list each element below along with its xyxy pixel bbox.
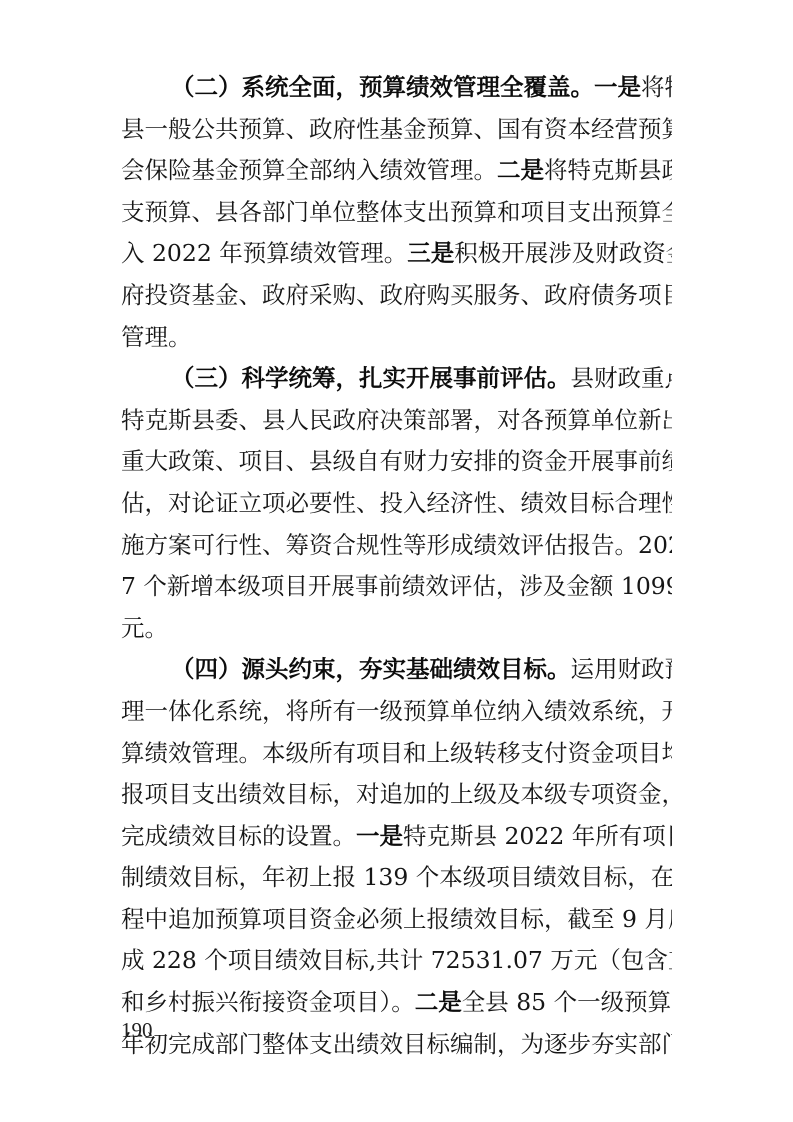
body-text-segment: 全县 85 个一级预算单位 bbox=[462, 988, 672, 1016]
body-text-segment: 将特克斯县政府收 bbox=[544, 156, 672, 184]
body-text-segment: 估，对论证立项必要性、投入经济性、绩效目标合理性、实 bbox=[121, 489, 672, 517]
text-line: 和乡村振兴衔接资金项目）。二是全县 85 个一级预算单位 bbox=[121, 982, 672, 1024]
text-line: 7 个新增本级项目开展事前绩效评估，涉及金额 1099.21 万 bbox=[121, 566, 672, 608]
text-line: 府投资基金、政府采购、政府购买服务、政府债务项目绩效 bbox=[121, 275, 672, 317]
text-line: 元。 bbox=[121, 608, 672, 650]
body-text-segment: 算绩效管理。本级所有项目和上级转移支付资金项目均需填 bbox=[121, 739, 672, 767]
body-text-segment: 管理。 bbox=[121, 323, 192, 351]
bold-text: （三）科学统筹，扎实开展事前评估。 bbox=[171, 364, 571, 392]
text-line: 完成绩效目标的设置。一是特克斯县 2022 年所有项目均编 bbox=[121, 816, 672, 858]
text-line: （二）系统全面，预算绩效管理全覆盖。一是将特克斯 bbox=[121, 67, 672, 109]
bold-text: 三是 bbox=[407, 239, 454, 267]
body-text-segment: 施方案可行性、筹资合规性等形成绩效评估报告。2022 年对 bbox=[121, 531, 672, 559]
text-line: 估，对论证立项必要性、投入经济性、绩效目标合理性、实 bbox=[121, 483, 672, 525]
body-text-segment: 年初完成部门整体支出绩效目标编制，为逐步夯实部门整体 bbox=[121, 1030, 672, 1058]
body-text-segment: 县财政重点围绕 bbox=[571, 364, 673, 392]
paragraph-section-2: （二）系统全面，预算绩效管理全覆盖。一是将特克斯县一般公共预算、政府性基金预算、… bbox=[121, 67, 672, 358]
body-text-segment: 7 个新增本级项目开展事前绩效评估，涉及金额 1099.21 万 bbox=[121, 572, 672, 600]
text-line: 重大政策、项目、县级自有财力安排的资金开展事前绩效评 bbox=[121, 441, 672, 483]
text-line: 成 228 个项目绩效目标,共计 72531.07 万元（包含直达资金 bbox=[121, 940, 672, 982]
bold-text: （四）源头约束，夯实基础绩效目标。 bbox=[171, 655, 571, 683]
body-text-segment: 和乡村振兴衔接资金项目）。 bbox=[121, 988, 415, 1016]
text-line: 报项目支出绩效目标，对追加的上级及本级专项资金，随时 bbox=[121, 774, 672, 816]
page-number: 190 bbox=[121, 1018, 153, 1043]
bold-text: 二是 bbox=[415, 988, 462, 1016]
body-text-segment: 完成绩效目标的设置。 bbox=[121, 822, 356, 850]
body-text-segment: 制绩效目标，年初上报 139 个本级项目绩效目标，在执行过 bbox=[121, 863, 672, 891]
text-line: 算绩效管理。本级所有项目和上级转移支付资金项目均需填 bbox=[121, 733, 672, 775]
text-line: 会保险基金预算全部纳入绩效管理。二是将特克斯县政府收 bbox=[121, 150, 672, 192]
document-page: （二）系统全面，预算绩效管理全覆盖。一是将特克斯县一般公共预算、政府性基金预算、… bbox=[0, 0, 793, 1122]
body-text-segment: 将特克斯 bbox=[641, 73, 672, 101]
text-line: 支预算、县各部门单位整体支出预算和项目支出预算全部纳 bbox=[121, 192, 672, 234]
text-line: 程中追加预算项目资金必须上报绩效目标，截至 9 月底共完 bbox=[121, 899, 672, 941]
body-text-segment: 入 2022 年预算绩效管理。 bbox=[121, 239, 407, 267]
body-text-segment: 县一般公共预算、政府性基金预算、国有资本经营预算、社 bbox=[121, 115, 672, 143]
text-line: 管理。 bbox=[121, 317, 672, 359]
bold-text: 二是 bbox=[497, 156, 544, 184]
body-text-segment: 运用财政预算管 bbox=[571, 655, 673, 683]
body-text-segment: 元。 bbox=[121, 614, 168, 642]
text-line: 入 2022 年预算绩效管理。三是积极开展涉及财政资金的政 bbox=[121, 233, 672, 275]
text-line: 施方案可行性、筹资合规性等形成绩效评估报告。2022 年对 bbox=[121, 525, 672, 567]
body-text-segment: 理一体化系统，将所有一级预算单位纳入绩效系统，开展预 bbox=[121, 697, 672, 725]
body-text-segment: 成 228 个项目绩效目标,共计 72531.07 万元（包含直达资金 bbox=[121, 946, 672, 974]
body-text-segment: 程中追加预算项目资金必须上报绩效目标，截至 9 月底共完 bbox=[121, 905, 672, 933]
text-line: （三）科学统筹，扎实开展事前评估。县财政重点围绕 bbox=[121, 358, 672, 400]
body-text-segment: 特克斯县委、县人民政府决策部署，对各预算单位新出台的 bbox=[121, 406, 672, 434]
body-text-segment: 特克斯县 2022 年所有项目均编 bbox=[403, 822, 672, 850]
text-line: （四）源头约束，夯实基础绩效目标。运用财政预算管 bbox=[121, 649, 672, 691]
text-line: 特克斯县委、县人民政府决策部署，对各预算单位新出台的 bbox=[121, 400, 672, 442]
body-text-segment: 重大政策、项目、县级自有财力安排的资金开展事前绩效评 bbox=[121, 447, 672, 475]
body-text: （二）系统全面，预算绩效管理全覆盖。一是将特克斯县一般公共预算、政府性基金预算、… bbox=[121, 67, 672, 1065]
body-text-segment: 报项目支出绩效目标，对追加的上级及本级专项资金，随时 bbox=[121, 780, 672, 808]
body-text-segment: 支预算、县各部门单位整体支出预算和项目支出预算全部纳 bbox=[121, 198, 672, 226]
bold-text: 一是 bbox=[356, 822, 403, 850]
bold-text: （二）系统全面，预算绩效管理全覆盖。一是 bbox=[171, 73, 641, 101]
text-line: 年初完成部门整体支出绩效目标编制，为逐步夯实部门整体 bbox=[121, 1024, 672, 1066]
text-line: 理一体化系统，将所有一级预算单位纳入绩效系统，开展预 bbox=[121, 691, 672, 733]
paragraph-section-3: （三）科学统筹，扎实开展事前评估。县财政重点围绕特克斯县委、县人民政府决策部署，… bbox=[121, 358, 672, 649]
body-text-segment: 积极开展涉及财政资金的政 bbox=[454, 239, 672, 267]
body-text-segment: 会保险基金预算全部纳入绩效管理。 bbox=[121, 156, 497, 184]
paragraph-section-4: （四）源头约束，夯实基础绩效目标。运用财政预算管理一体化系统，将所有一级预算单位… bbox=[121, 649, 672, 1065]
body-text-segment: 府投资基金、政府采购、政府购买服务、政府债务项目绩效 bbox=[121, 281, 672, 309]
text-line: 制绩效目标，年初上报 139 个本级项目绩效目标，在执行过 bbox=[121, 857, 672, 899]
text-line: 县一般公共预算、政府性基金预算、国有资本经营预算、社 bbox=[121, 109, 672, 151]
